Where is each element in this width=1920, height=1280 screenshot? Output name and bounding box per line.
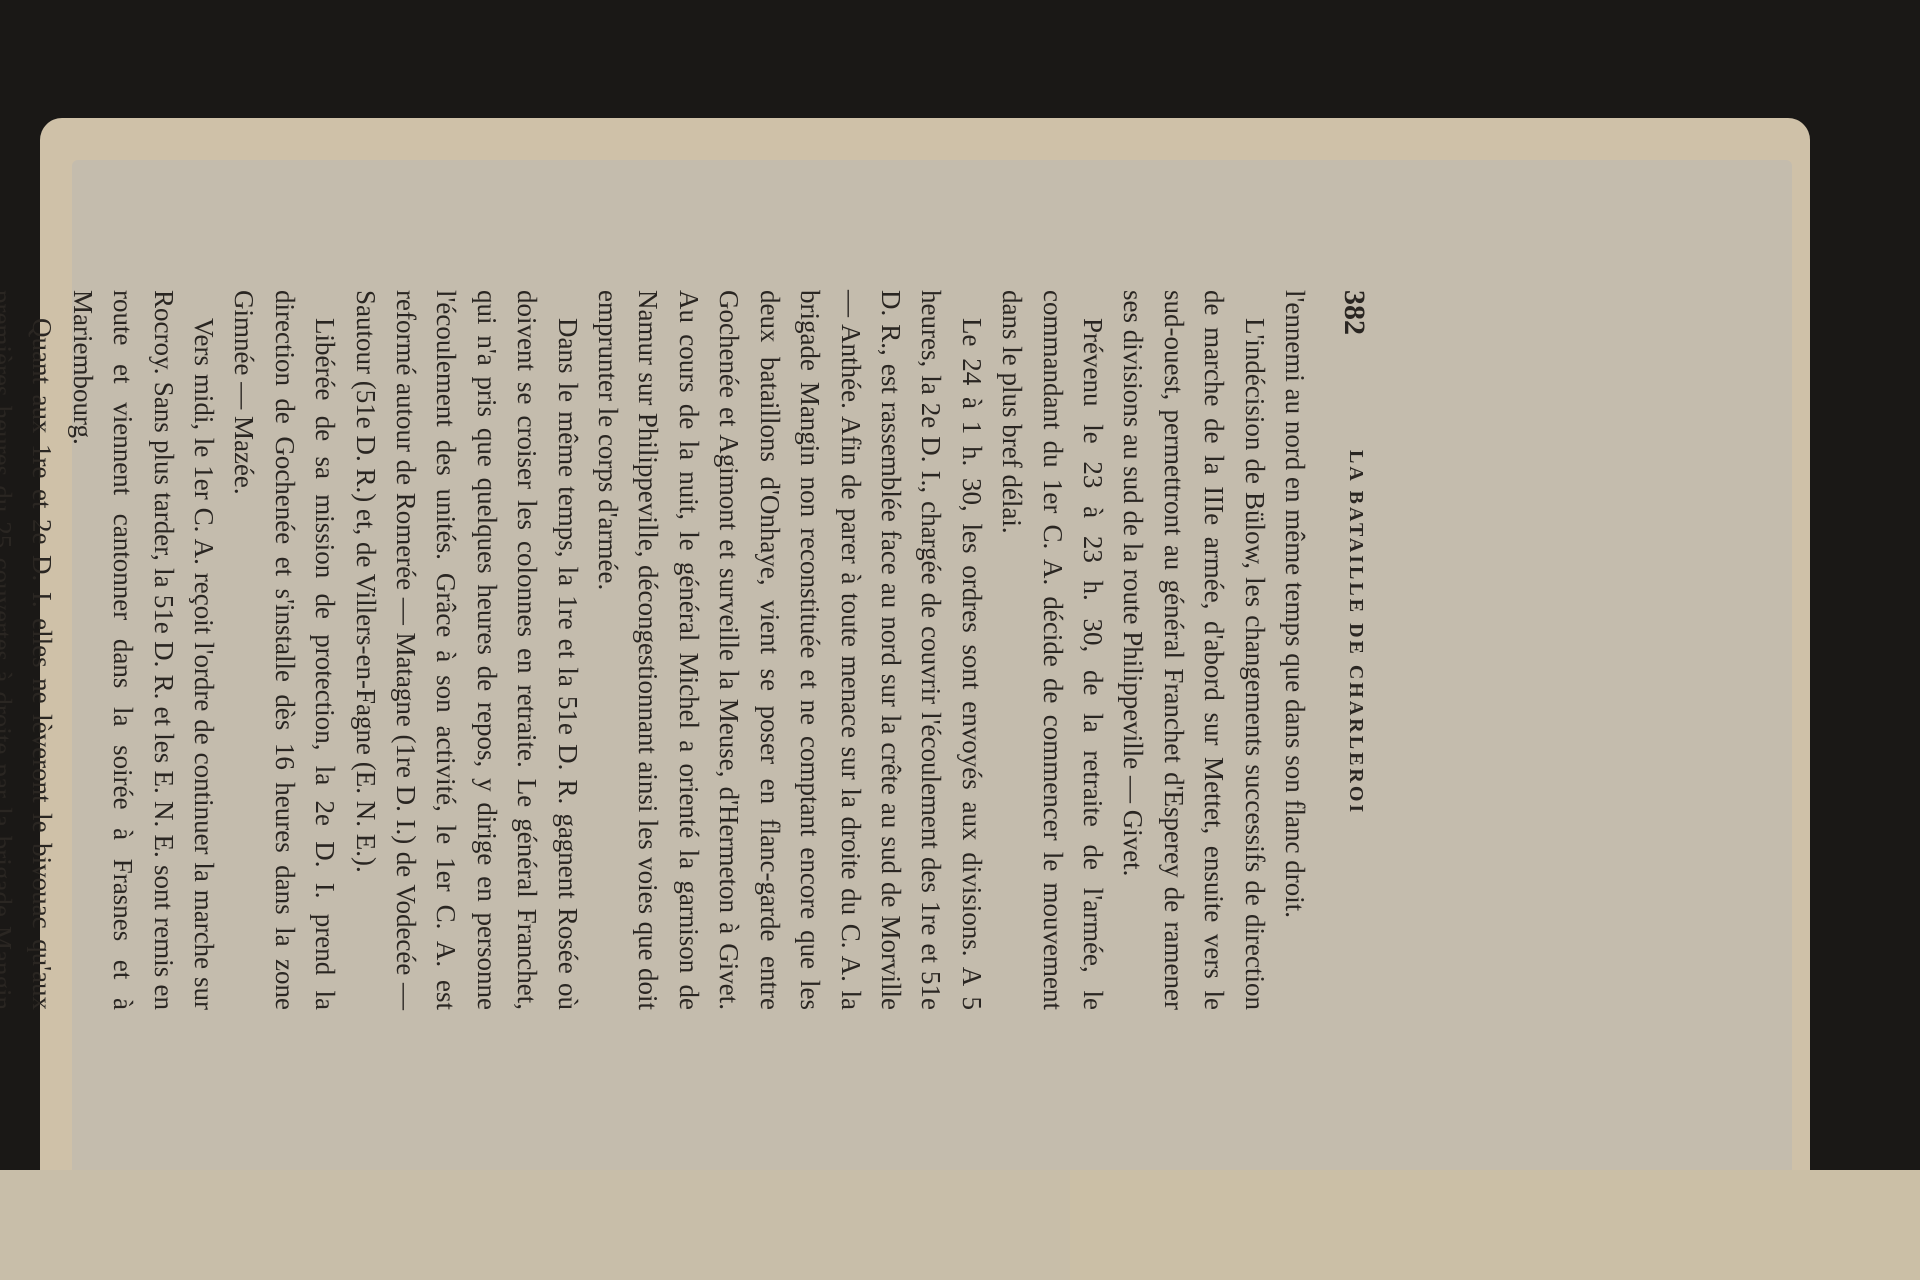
paragraph: l'ennemi au nord en même temps que dans … [1275, 290, 1315, 1010]
paragraph: Dans le même temps, la 1re et la 51e D. … [345, 290, 587, 1010]
facing-page-corner [1070, 1170, 1920, 1280]
page-header: 382 LA BATAILLE DE CHARLEROI [1315, 290, 1375, 1010]
paragraph: Quant aux 1re et 2e D. I. elles ne lèver… [0, 290, 62, 1010]
page-number: 382 [1337, 290, 1371, 335]
running-head: LA BATAILLE DE CHARLEROI [1344, 450, 1367, 815]
page-content: 382 LA BATAILLE DE CHARLEROI l'ennemi au… [295, 290, 1375, 1010]
paragraph: Prévenu le 23 à 23 h. 30, de la retraite… [992, 290, 1113, 1010]
paragraph: Vers midi, le 1er C. A. reçoit l'ordre d… [62, 290, 224, 1010]
paragraph: L'indécision de Bülow, les changements s… [1113, 290, 1275, 1010]
paragraph: Libérée de sa mission de protection, la … [224, 290, 345, 1010]
paragraph: Le 24 à 1 h. 30, les ordres sont envoyés… [588, 290, 992, 1010]
